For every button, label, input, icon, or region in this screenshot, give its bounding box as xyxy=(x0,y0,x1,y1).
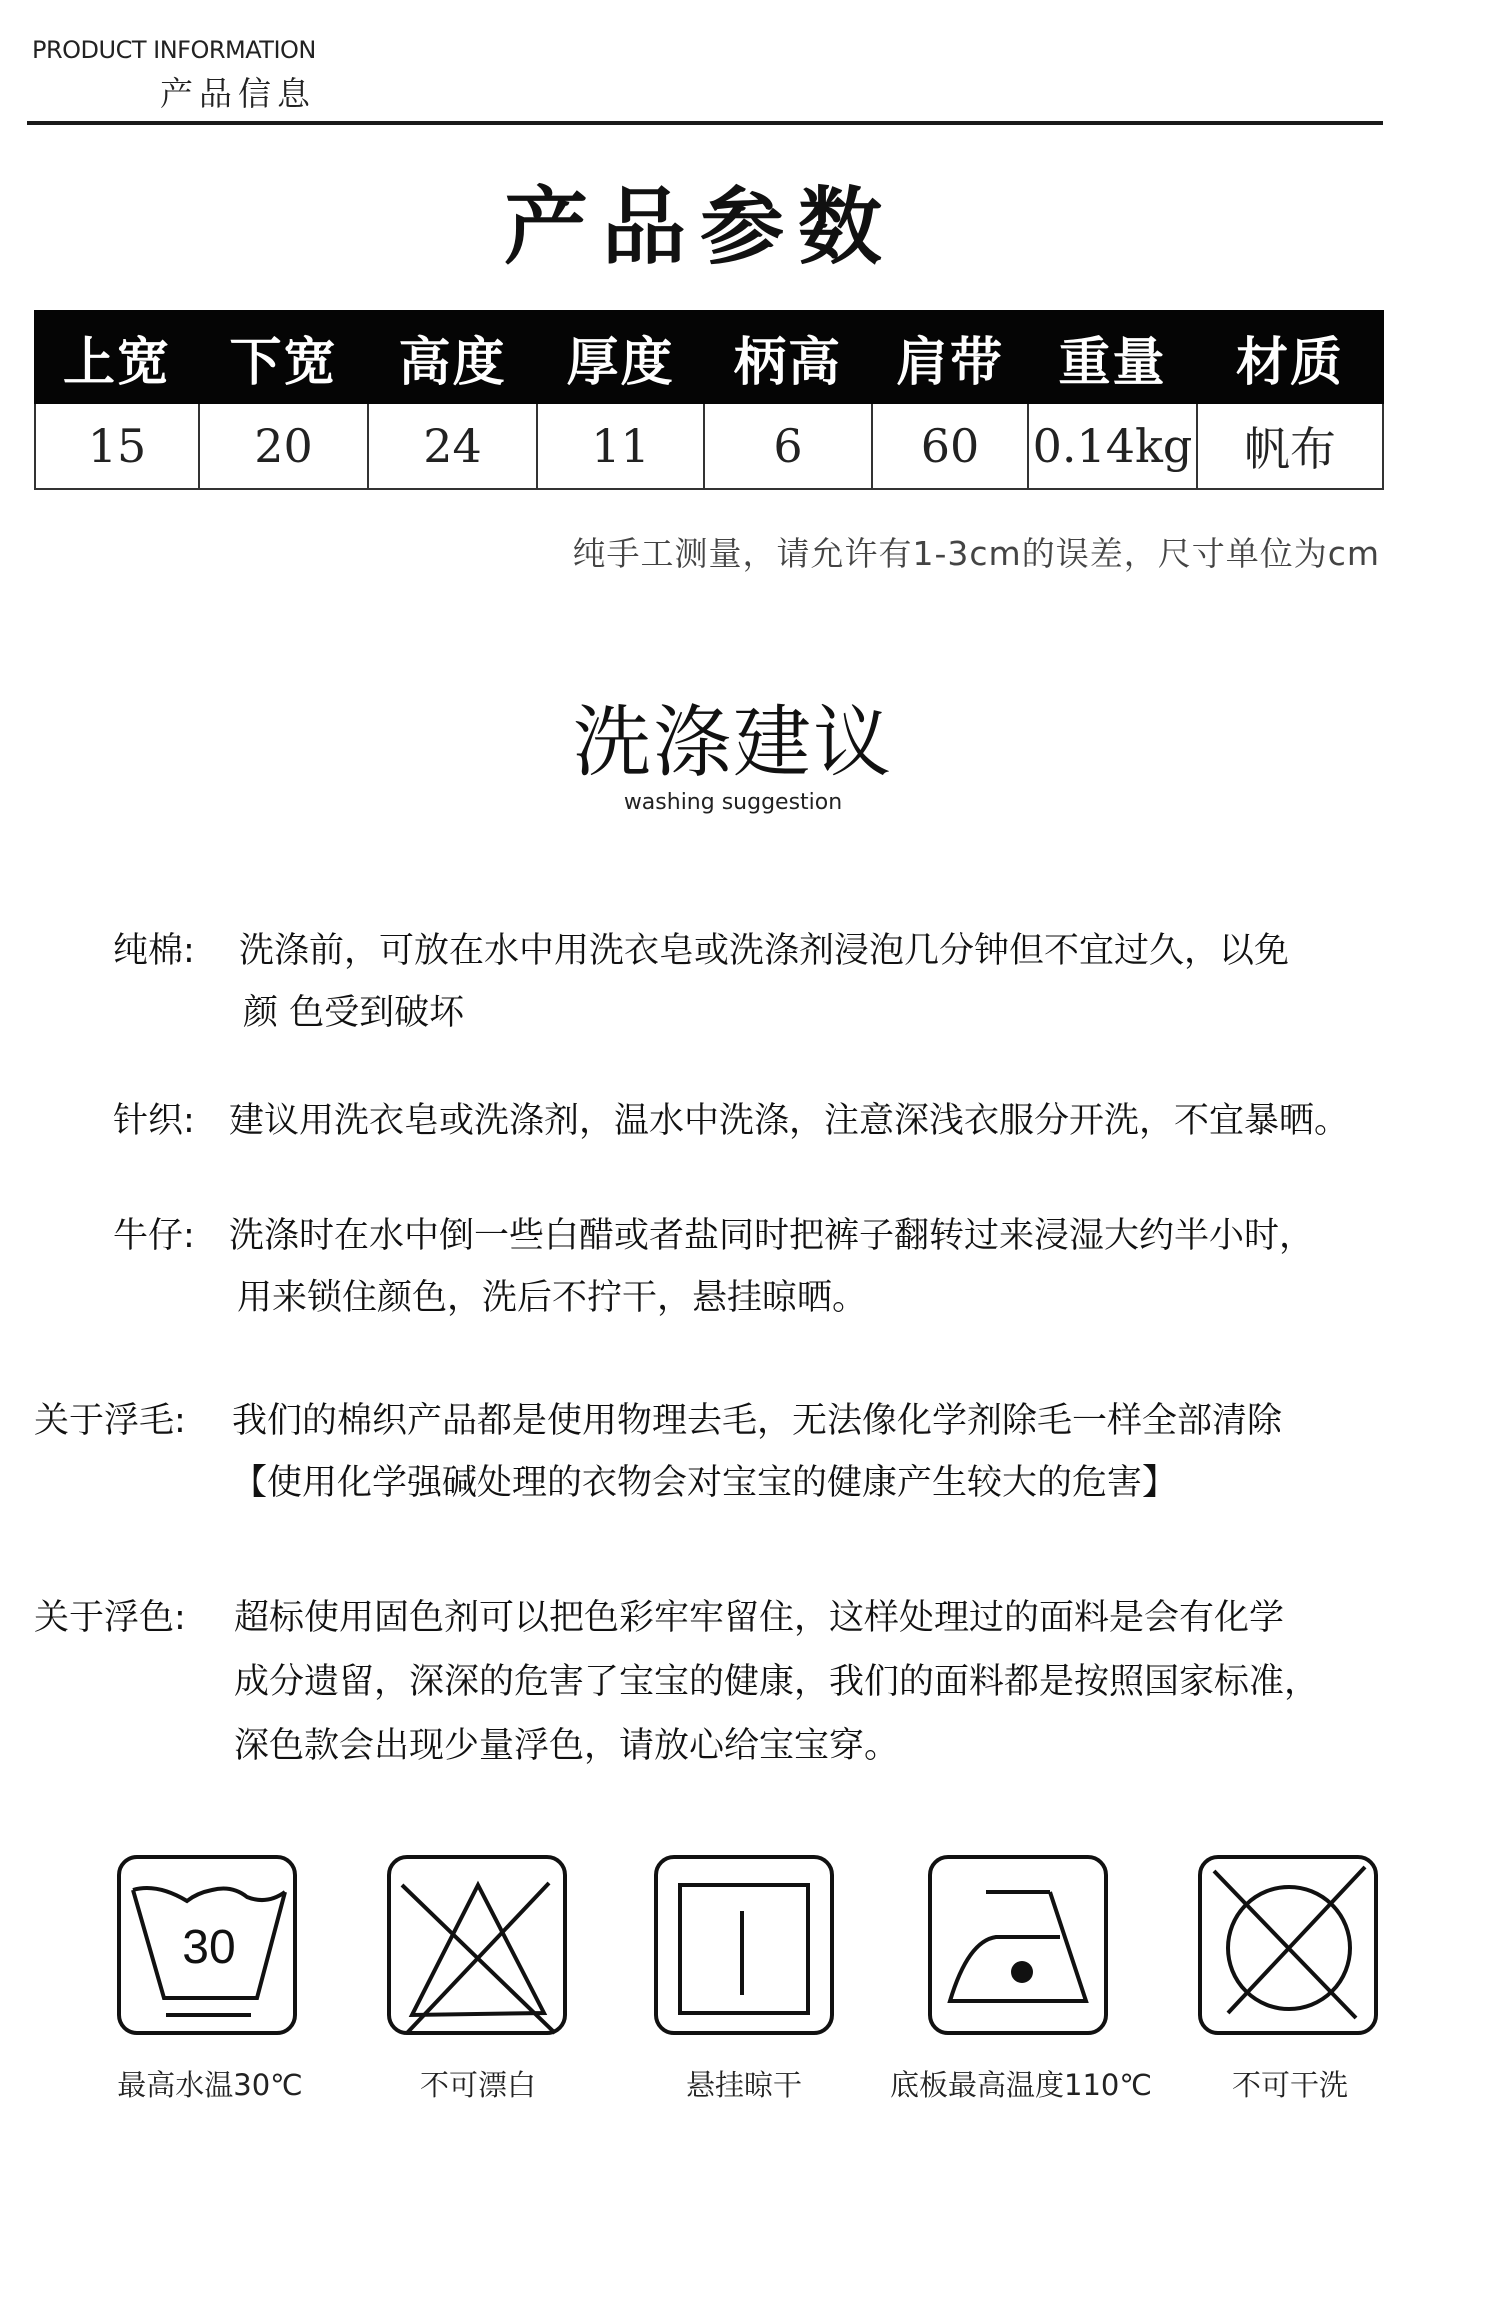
product-information-heading-cn: 产品信息 xyxy=(160,68,316,115)
header-divider xyxy=(27,121,1383,125)
params-title: 产品参数 xyxy=(0,160,1400,281)
value-shoulder-strap: 60 xyxy=(872,403,1028,489)
care-label-no-dry-clean: 不可干洗 xyxy=(1160,2063,1420,2104)
wash-item-line: 洗涤前，可放在水中用洗衣皂或洗涤剂浸泡几分钟但不宜过久，以免 xyxy=(239,920,1289,982)
col-header-shoulder-strap: 肩带 xyxy=(872,311,1028,403)
care-icons-row: 30 最高水温30℃ 不可漂白 悬挂晾干 底板最高温度110℃ xyxy=(0,1855,1500,2095)
wash-item-line: 我们的棉织产品都是使用物理去毛，无法像化学剂除毛一样全部清除 xyxy=(232,1390,1282,1452)
wash-item-line: 洗涤时在水中倒一些白醋或者盐同时把裤子翻转过来浸湿大约半小时， xyxy=(229,1205,1314,1267)
wash-item-line: 建议用洗衣皂或洗涤剂，温水中洗涤，注意深浅衣服分开洗，不宜暴晒。 xyxy=(229,1090,1349,1152)
washing-subtitle: washing suggestion xyxy=(0,790,1466,815)
iron-low-icon xyxy=(928,1855,1108,2035)
col-header-material: 材质 xyxy=(1197,311,1383,403)
col-header-weight: 重量 xyxy=(1028,311,1197,403)
wash-item-knit: 针织: 建议用洗衣皂或洗涤剂，温水中洗涤，注意深浅衣服分开洗，不宜暴晒。 xyxy=(113,1090,1493,1152)
value-thickness: 11 xyxy=(537,403,704,489)
value-bottom-width: 20 xyxy=(199,403,368,489)
care-label-wash-30: 最高水温30℃ xyxy=(80,2063,340,2104)
col-header-thickness: 厚度 xyxy=(537,311,704,403)
col-header-top-width: 上宽 xyxy=(35,311,199,403)
no-dry-clean-icon xyxy=(1198,1855,1378,2035)
wash-item-label: 纯棉: xyxy=(113,920,195,982)
care-label-hang-dry: 悬挂晾干 xyxy=(614,2063,874,2104)
wash-item-cotton: 纯棉: 洗涤前，可放在水中用洗衣皂或洗涤剂浸泡几分钟但不宜过久，以免 颜 色受到… xyxy=(113,920,1493,1050)
care-label-no-bleach: 不可漂白 xyxy=(348,2063,608,2104)
wash-item-line: 深色款会出现少量浮色，请放心给宝宝穿。 xyxy=(234,1715,899,1777)
col-header-height: 高度 xyxy=(368,311,537,403)
col-header-handle-height: 柄高 xyxy=(704,311,872,403)
value-handle-height: 6 xyxy=(704,403,872,489)
wash-item-color-bleed: 关于浮色: 超标使用固色剂可以把色彩牢牢留住，这样处理过的面料是会有化学 成分遗… xyxy=(34,1587,1474,1777)
product-information-heading-en: PRODUCT INFORMATION xyxy=(32,36,316,64)
col-header-bottom-width: 下宽 xyxy=(199,311,368,403)
wash-item-line: 用来锁住颜色，洗后不拧干，悬挂晾晒。 xyxy=(237,1267,867,1329)
wash-item-label: 针织: xyxy=(113,1090,195,1152)
wash-item-label: 关于浮毛: xyxy=(34,1390,186,1452)
wash-item-line: 【使用化学强碱处理的衣物会对宝宝的健康产生较大的危害】 xyxy=(232,1452,1177,1514)
value-top-width: 15 xyxy=(35,403,199,489)
params-table: 上宽 下宽 高度 厚度 柄高 肩带 重量 材质 15 20 24 11 6 60… xyxy=(34,310,1384,490)
wash-item-denim: 牛仔: 洗涤时在水中倒一些白醋或者盐同时把裤子翻转过来浸湿大约半小时， 用来锁住… xyxy=(113,1205,1493,1335)
wash-item-label: 关于浮色: xyxy=(34,1587,186,1649)
wash-30-icon: 30 xyxy=(117,1855,297,2035)
params-value-row: 15 20 24 11 6 60 0.14kg 帆布 xyxy=(35,403,1383,489)
value-weight: 0.14kg xyxy=(1028,403,1197,489)
value-material: 帆布 xyxy=(1197,403,1383,489)
washing-title: 洗涤建议 xyxy=(0,680,1466,792)
params-header-row: 上宽 下宽 高度 厚度 柄高 肩带 重量 材质 xyxy=(35,311,1383,403)
wash-item-lint: 关于浮毛: 我们的棉织产品都是使用物理去毛，无法像化学剂除毛一样全部清除 【使用… xyxy=(34,1390,1474,1520)
svg-text:30: 30 xyxy=(182,1921,235,1974)
no-bleach-icon xyxy=(387,1855,567,2035)
wash-item-line: 超标使用固色剂可以把色彩牢牢留住，这样处理过的面料是会有化学 xyxy=(234,1587,1284,1649)
measurement-note: 纯手工测量，请允许有1-3cm的误差，尺寸单位为cm xyxy=(573,528,1380,575)
wash-item-label: 牛仔: xyxy=(113,1205,195,1267)
hang-dry-icon xyxy=(654,1855,834,2035)
care-label-iron-low: 底板最高温度110℃ xyxy=(890,2063,1150,2104)
value-height: 24 xyxy=(368,403,537,489)
wash-item-line: 成分遗留，深深的危害了宝宝的健康，我们的面料都是按照国家标准， xyxy=(234,1651,1319,1713)
wash-item-line: 颜 色受到破坏 xyxy=(243,982,464,1044)
